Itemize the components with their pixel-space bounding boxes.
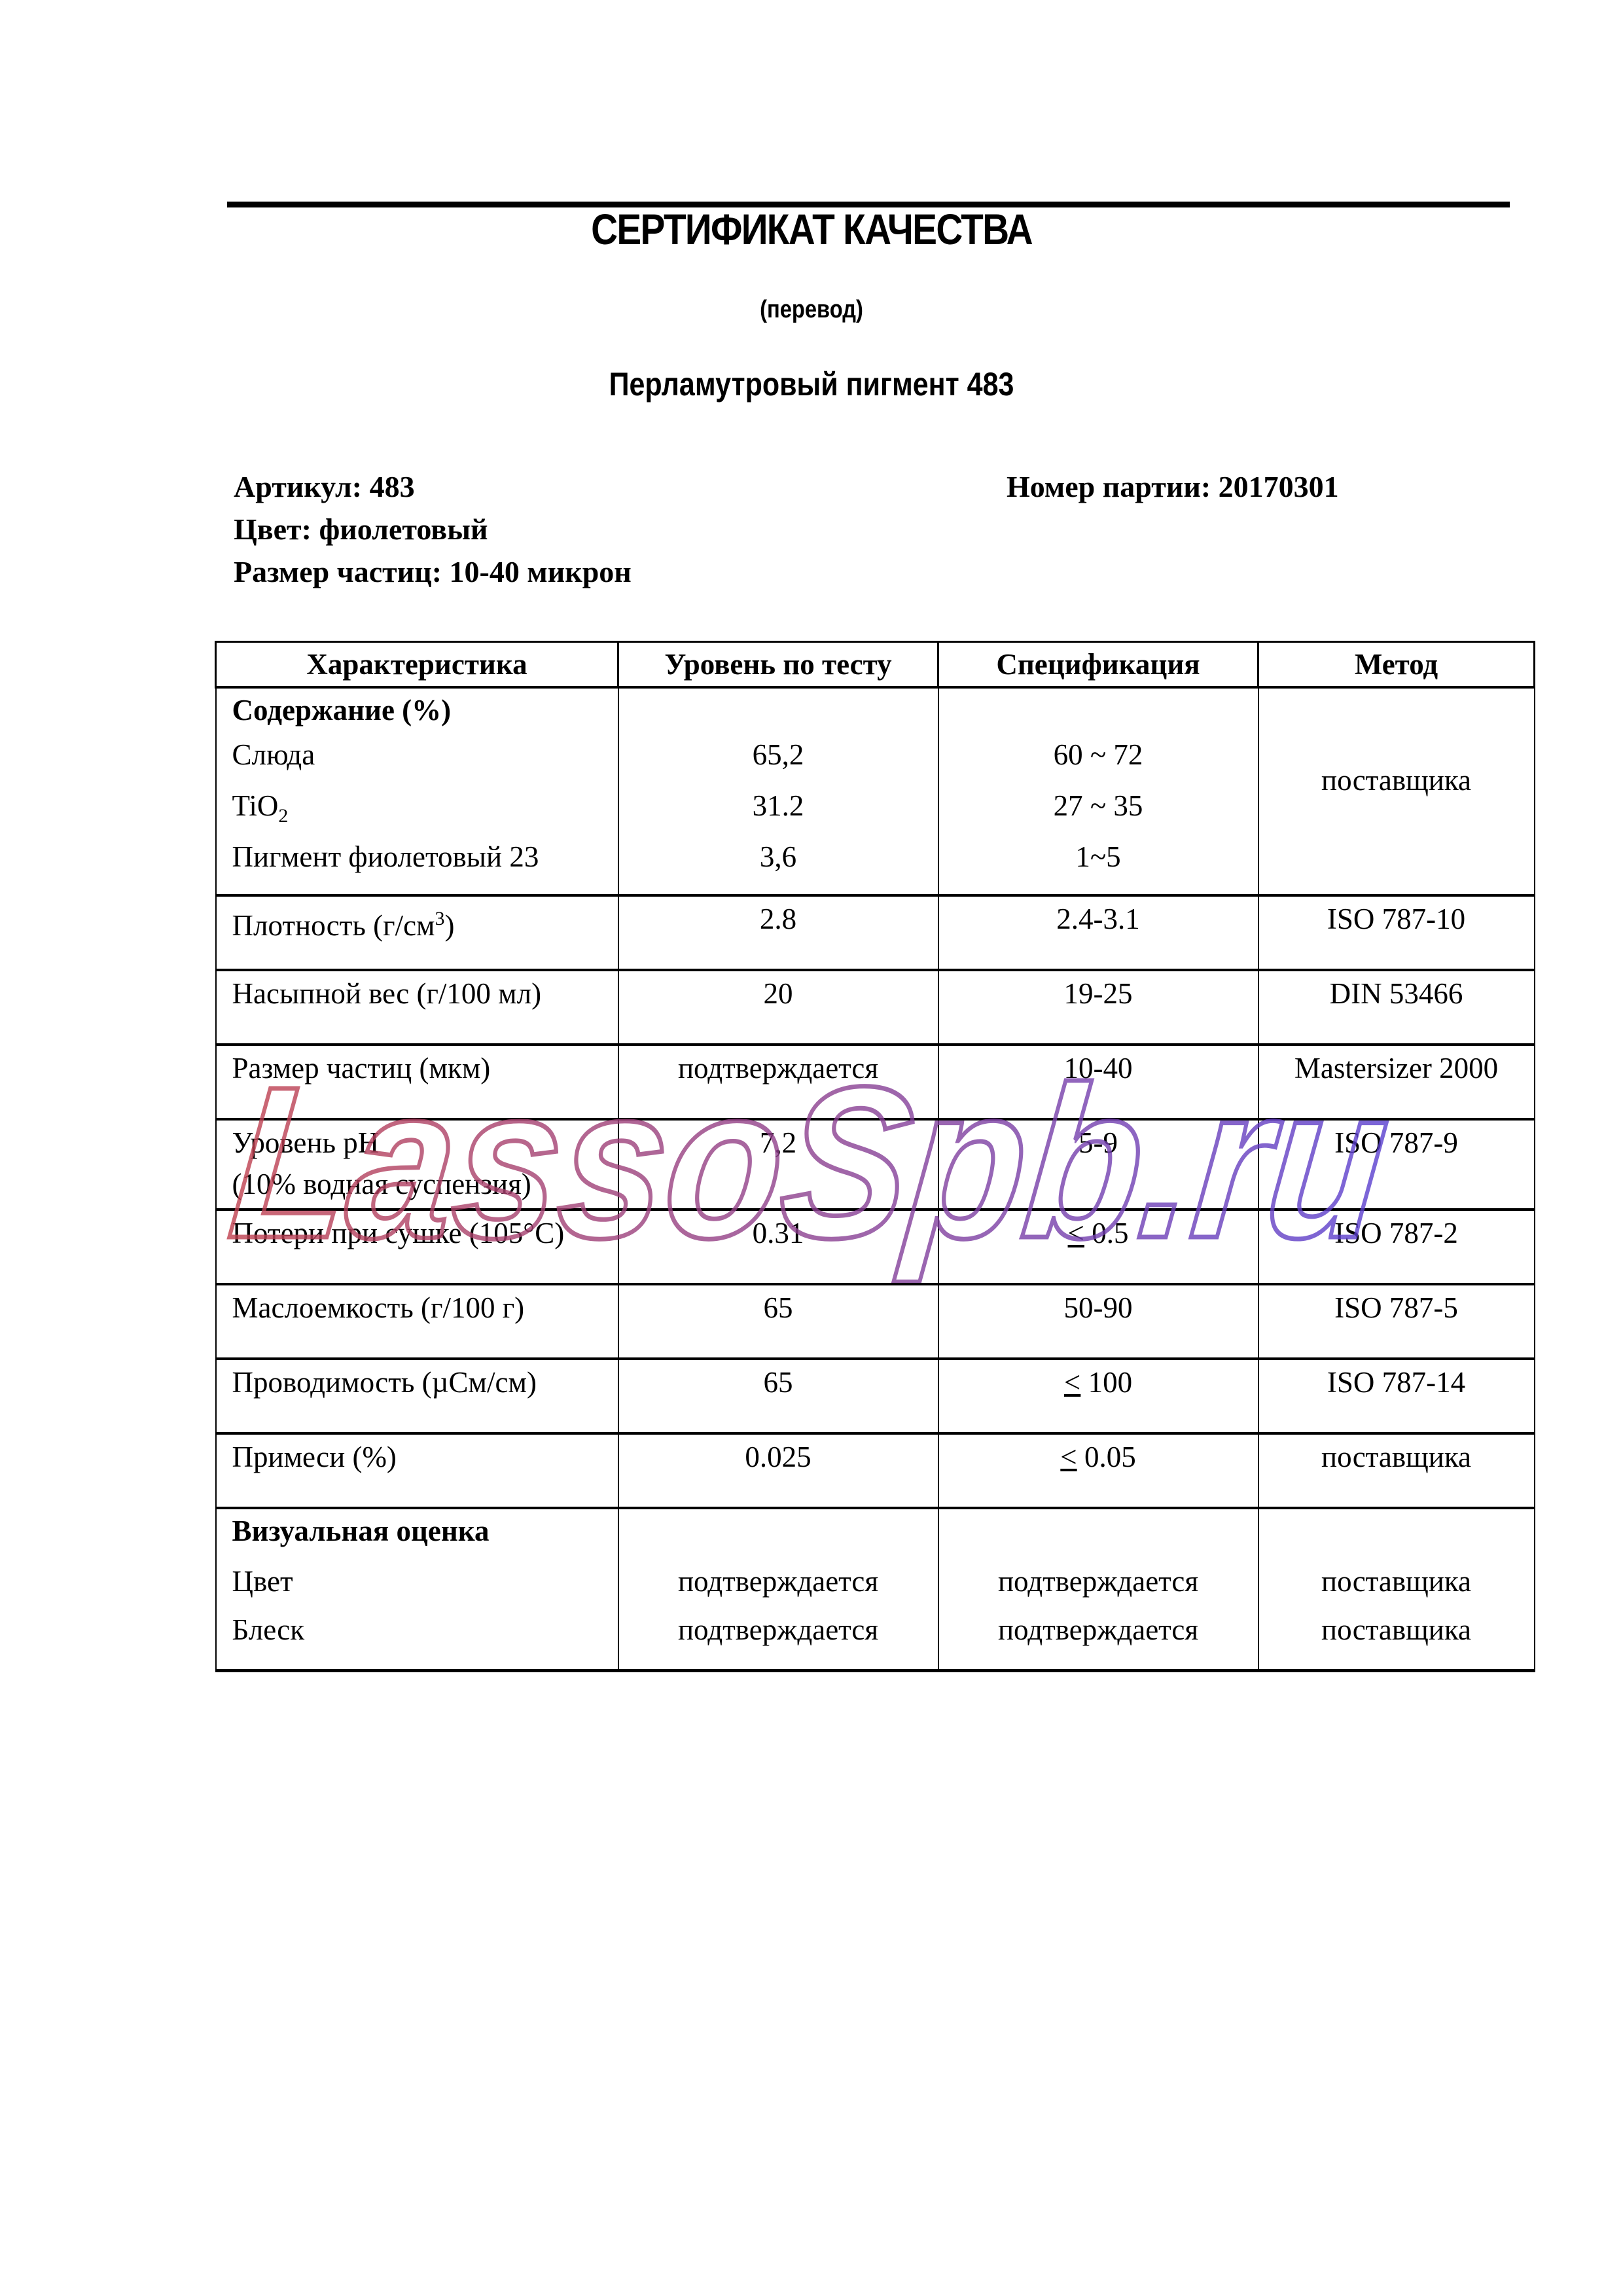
- column-header-specification: Спецификация: [938, 642, 1258, 688]
- content-method-cell: поставщика: [1258, 687, 1535, 895]
- column-header-method: Метод: [1258, 642, 1535, 688]
- table-row: Плотность (г/см3) 2.8 2.4-3.1 ISO 787-10: [216, 895, 1535, 970]
- article-value: 483: [370, 470, 415, 503]
- content-item-mica: Слюда: [232, 729, 602, 780]
- particle-size-value: 10-40 микрон: [450, 555, 632, 588]
- table-row: Маслоемкость (г/100 г) 65 50-90 ISO 787-…: [216, 1284, 1535, 1359]
- batch-value: 20170301: [1219, 470, 1339, 503]
- color-line: Цвет: фиолетовый: [234, 512, 488, 547]
- batch-label: Номер партии:: [1007, 470, 1211, 503]
- content-item-tio2: TiO2: [232, 780, 602, 831]
- color-value: фиолетовый: [319, 512, 488, 546]
- article-line: Артикул: 483: [234, 469, 415, 504]
- content-item-pigment-violet: Пигмент фиолетовый 23: [232, 831, 602, 882]
- particle-size-label: Размер частиц:: [234, 555, 442, 588]
- document-subtitle: (перевод): [114, 296, 1510, 324]
- table-header-row: Характеристика Уровень по тесту Специфик…: [216, 642, 1535, 688]
- table-row: Уровень pH (10% водная суспензия) 7,2 5-…: [216, 1119, 1535, 1210]
- table-row: Размер частиц (мкм) подтверждается 10-40…: [216, 1045, 1535, 1119]
- content-test-cell: 65,2 31.2 3,6: [618, 687, 938, 895]
- table-row-content: Содержание (%) Слюда TiO2 Пигмент фиолет…: [216, 687, 1535, 895]
- table-row-visual: Визуальная оценка Цвет Блеск подтверждае…: [216, 1508, 1535, 1671]
- column-header-test-level: Уровень по тесту: [618, 642, 938, 688]
- color-label: Цвет:: [234, 512, 312, 546]
- table-row: Насыпной вес (г/100 мл) 20 19-25 DIN 534…: [216, 970, 1535, 1045]
- batch-line: Номер партии: 20170301: [1007, 469, 1339, 504]
- table-row: Примеси (%) 0.025 < 0.05 поставщика: [216, 1433, 1535, 1508]
- content-spec-cell: 60 ~ 72 27 ~ 35 1~5: [938, 687, 1258, 895]
- document-title: СЕРТИФИКАТ КАЧЕСТВА: [114, 204, 1510, 254]
- column-header-characteristic: Характеристика: [216, 642, 618, 688]
- table-row: Проводимость (µСм/см) 65 < 100 ISO 787-1…: [216, 1359, 1535, 1433]
- content-names-cell: Содержание (%) Слюда TiO2 Пигмент фиолет…: [216, 687, 618, 895]
- article-label: Артикул:: [234, 470, 362, 503]
- content-group-title: Содержание (%): [232, 689, 602, 729]
- product-name: Перламутровый пигмент 483: [114, 365, 1510, 403]
- table-row: Потери при сушке (105°C) 0.31 < 0.5 ISO …: [216, 1210, 1535, 1284]
- quality-table: Характеристика Уровень по тесту Специфик…: [215, 641, 1535, 1672]
- visual-names-cell: Визуальная оценка Цвет Блеск: [216, 1508, 618, 1671]
- certificate-page: СЕРТИФИКАТ КАЧЕСТВА (перевод) Перламутро…: [0, 0, 1623, 2296]
- particle-size-line: Размер частиц: 10-40 микрон: [234, 554, 632, 589]
- visual-group-title: Визуальная оценка: [232, 1509, 602, 1550]
